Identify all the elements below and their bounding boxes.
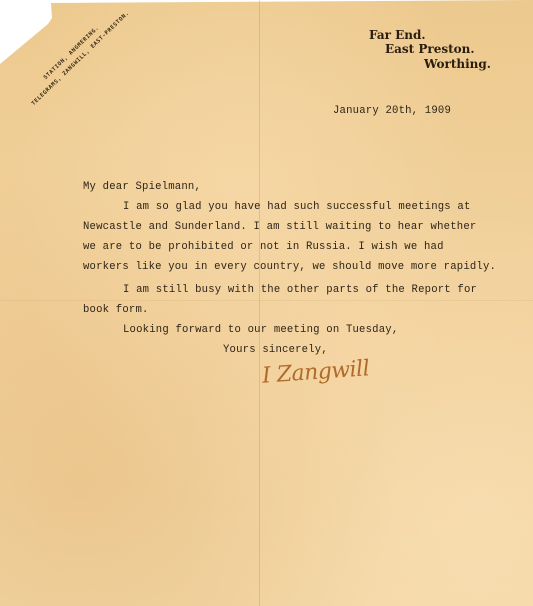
closing: Yours sincerely, <box>223 344 328 356</box>
address-line-town: Worthing. <box>424 57 491 71</box>
body-line: I am still busy with the other parts of … <box>123 284 477 296</box>
letter-paper <box>0 0 533 606</box>
salutation: My dear Spielmann, <box>83 181 201 193</box>
body-line: Looking forward to our meeting on Tuesda… <box>123 324 398 336</box>
letter-date: January 20th, 1909 <box>333 105 451 117</box>
body-line: we are to be prohibited or not in Russia… <box>83 241 444 253</box>
body-line: workers like you in every country, we sh… <box>83 261 496 273</box>
body-line: I am so glad you have had such successfu… <box>123 201 471 213</box>
vertical-fold-crease <box>259 0 260 606</box>
address-line-house: Far End. <box>369 28 426 42</box>
body-line: book form. <box>83 304 149 316</box>
body-line: Newcastle and Sunderland. I am still wai… <box>83 221 476 233</box>
address-line-village: East Preston. <box>385 42 475 56</box>
horizontal-fold-crease <box>0 300 533 301</box>
